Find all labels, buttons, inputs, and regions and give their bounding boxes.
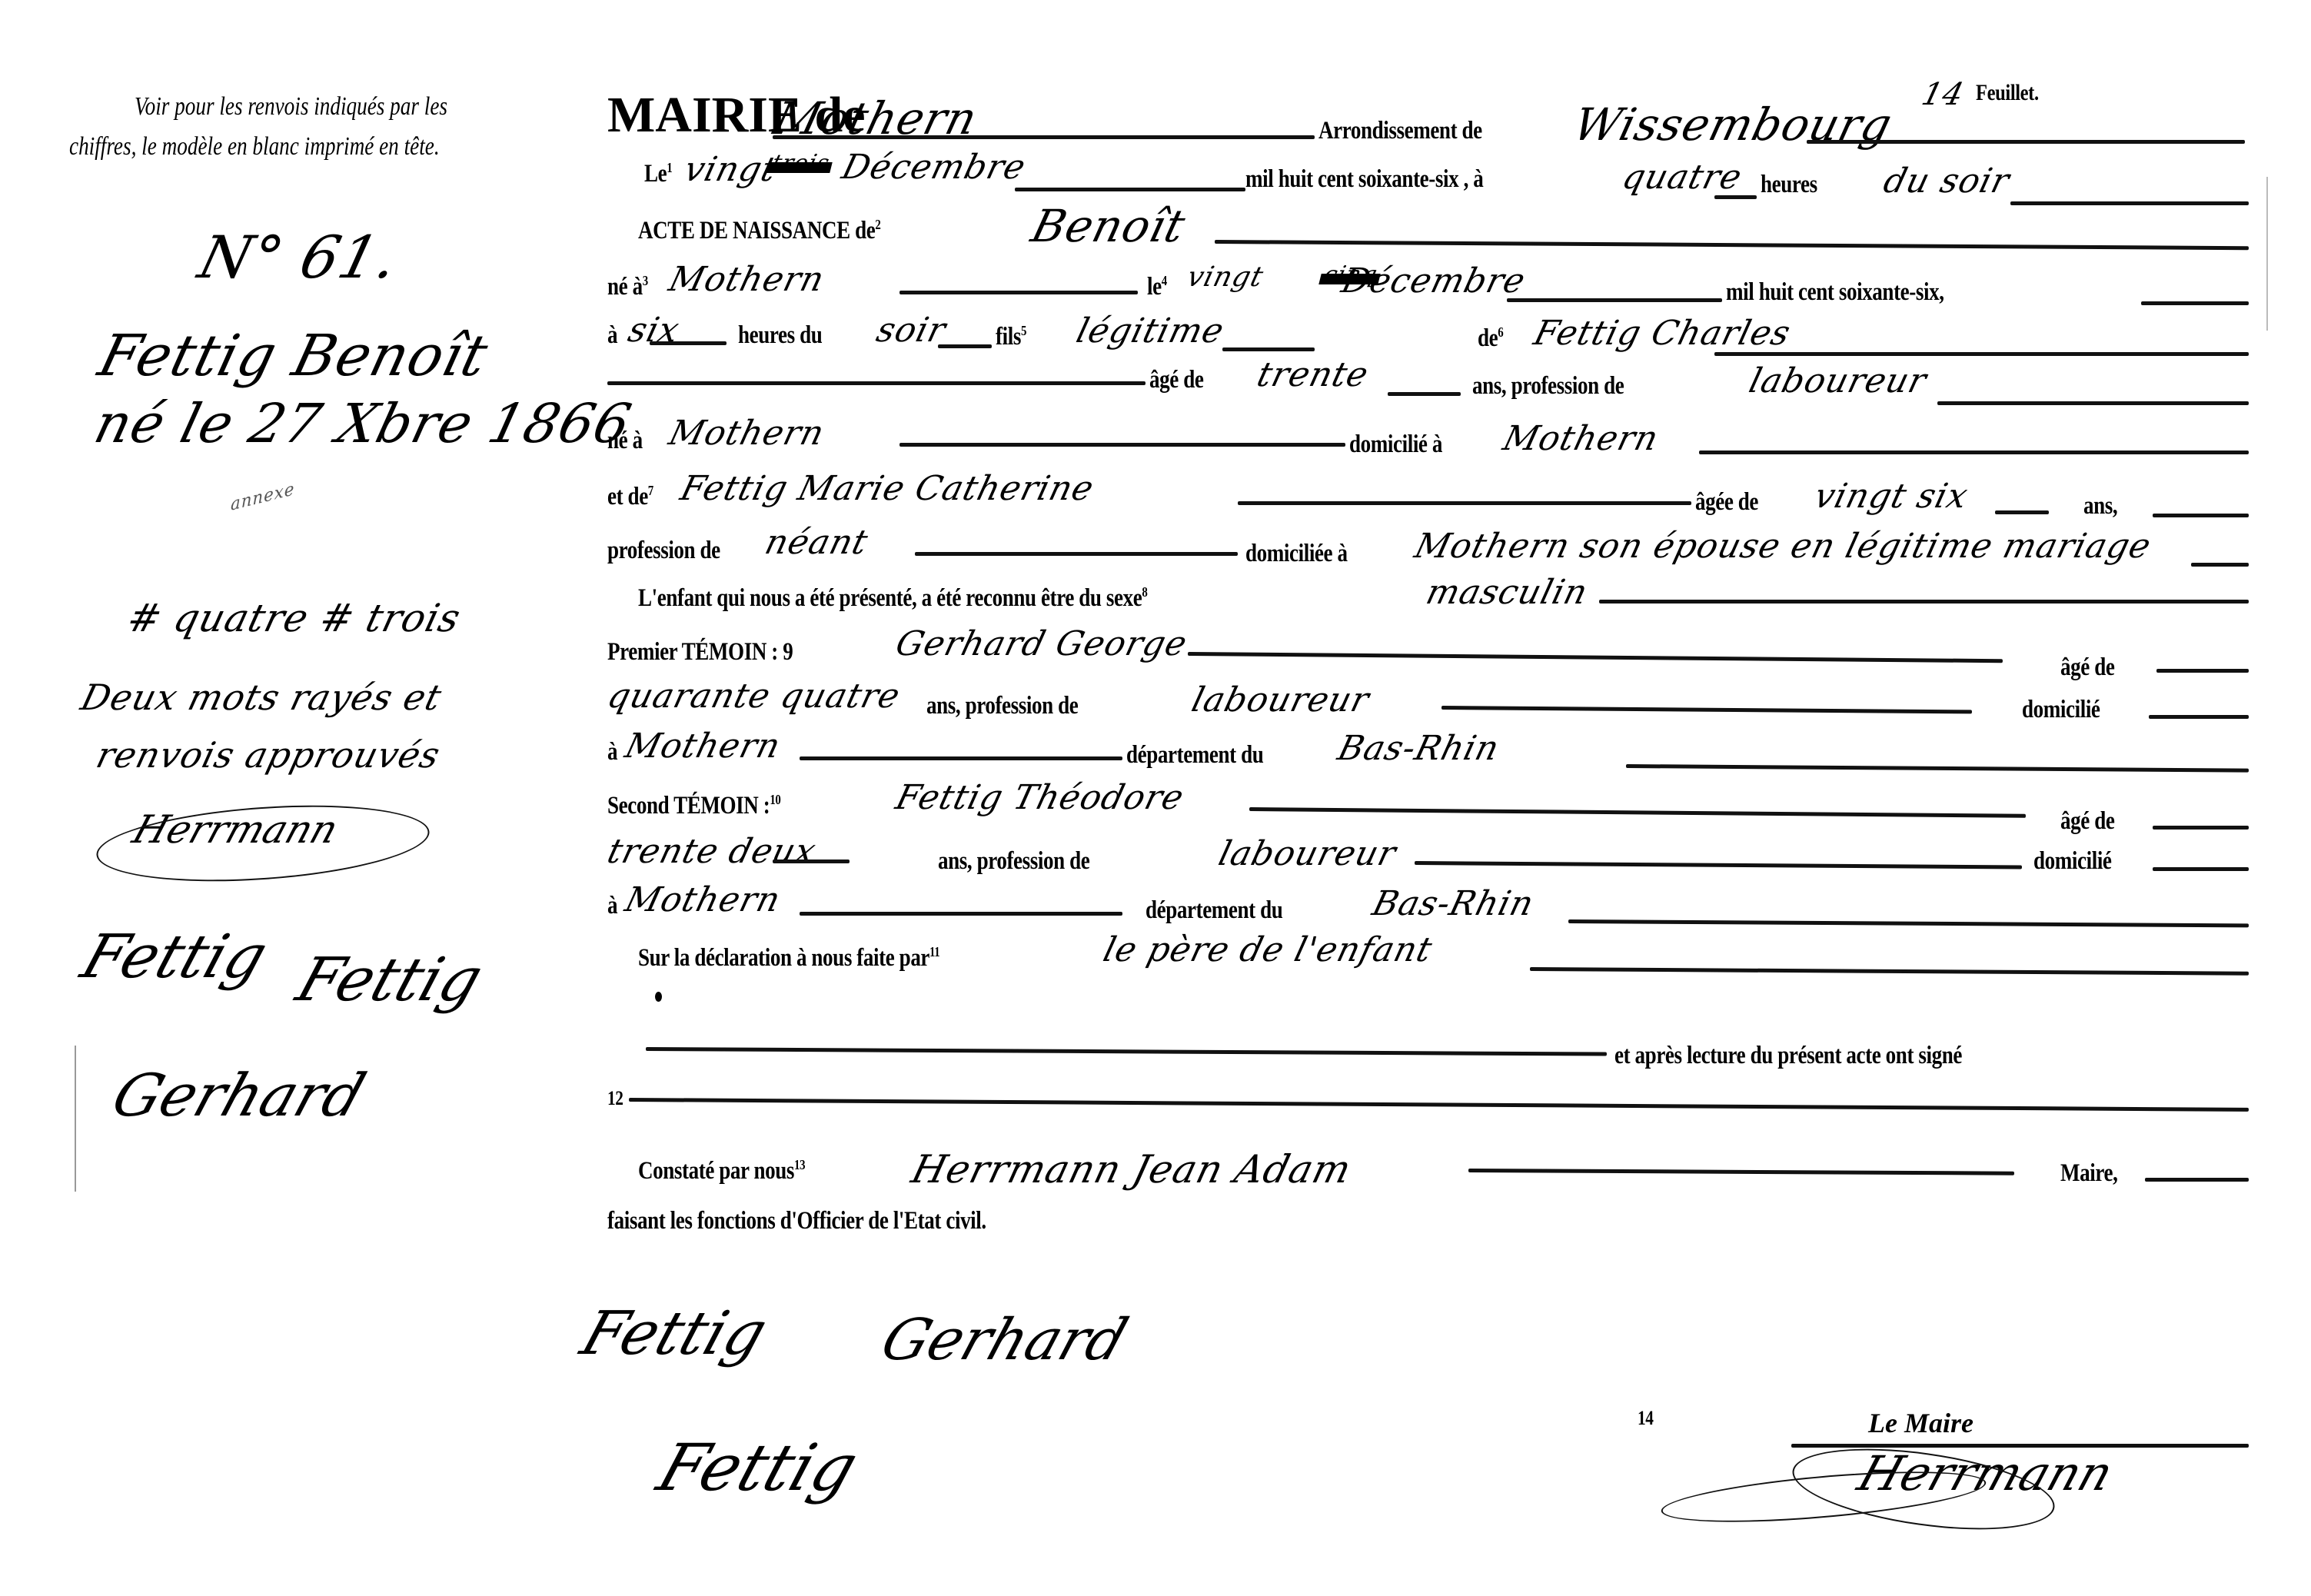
acte-label: ACTE DE NAISSANCE de2 [638, 217, 880, 245]
rule [2153, 514, 2249, 517]
rule [2010, 201, 2249, 205]
witness1-profession: laboureur [1188, 680, 1373, 720]
margin-faint-note: annexe [231, 479, 294, 515]
rule [773, 135, 1315, 139]
rule [1388, 392, 1461, 396]
rule [1188, 652, 2003, 663]
officer-name: Herrmann Jean Adam [907, 1147, 1356, 1192]
date-hour: quatre [1618, 158, 1746, 197]
rule [1249, 807, 2026, 818]
date-year-label: mil huit cent soixante-six , à [1245, 165, 1483, 194]
rule [899, 291, 1138, 294]
fils-label: fils5 [996, 323, 1026, 351]
mother-age: vingt six [1811, 477, 1972, 516]
margin-corrections-line3: renvois approuvés [92, 734, 444, 776]
mother-domicile: Mothern son épouse en légitime mariage [1411, 527, 2155, 566]
rule [2149, 715, 2249, 719]
signature-bottom-1: Fettig [573, 1299, 775, 1368]
child-sex: masculin [1422, 573, 1592, 612]
father-prof-label: ans, profession de [1472, 372, 1624, 401]
born-year-label: mil huit cent soixante-six, [1726, 278, 1944, 307]
margin-signature-3: Gerhard [105, 1061, 374, 1129]
date-month: Décembre [838, 148, 1030, 187]
maire-label: Le Maire [1868, 1407, 1973, 1439]
father-profession: laboureur [1745, 361, 1930, 401]
witness1-place: Mothern [621, 727, 785, 766]
margin-corrections-line2: Deux mots rayés et [77, 677, 446, 718]
witness2-age: trente deux [604, 832, 820, 871]
rule [1468, 1169, 2014, 1175]
rule [899, 443, 1345, 447]
sex-statement: L'enfant qui nous a été présenté, a été … [638, 584, 1147, 613]
margin-fold-line [75, 1046, 76, 1192]
witness2-prof-label: ans, profession de [938, 847, 1089, 876]
father-domicile-label: domicilié à [1349, 431, 1442, 459]
rule [1415, 861, 2022, 869]
arrondissement-label: Arrondissement de [1318, 117, 1482, 145]
date-hours-label: heures [1761, 171, 1817, 199]
rule [1568, 919, 2249, 927]
witness1-dept-label: département du [1126, 741, 1263, 770]
born-day: vingt [1184, 261, 1267, 293]
constate-label: Constaté par nous13 [638, 1157, 805, 1185]
margin-signature-2: Fettig [288, 946, 490, 1015]
rule [1937, 401, 2249, 405]
margin-record-birth: né le 27 Xbre 1866 [88, 392, 638, 455]
date-struck-word: trois [769, 150, 833, 177]
father-birthplace: Mothern [665, 414, 829, 453]
rule [915, 552, 1238, 556]
mother-profession: néant [761, 523, 872, 562]
date-le-label: Le1 [644, 160, 672, 188]
witness1-name: Gerhard George [892, 624, 1192, 663]
mother-ans-label: ans, [2083, 492, 2117, 520]
rule [2156, 669, 2249, 673]
rule [1441, 706, 1972, 713]
legitimacy: légitime [1072, 311, 1229, 351]
father-name: Fettig Charles [1530, 314, 1794, 353]
witness2-domicile-label: domicilié [2033, 847, 2112, 876]
ink-dot [655, 992, 662, 1002]
born-label: né à3 [607, 273, 648, 301]
rule [629, 1098, 2249, 1112]
margin-instructions-line1: Voir pour les renvois indiqués par les [135, 92, 447, 121]
margin-record-name: Fettig Benoît [92, 323, 494, 389]
hour-a-label: à [607, 321, 617, 350]
witness1-age: quarante quatre [604, 677, 904, 716]
footnote-14: 14 [1638, 1407, 1654, 1430]
margin-corrections-line1: # quatre # trois [123, 596, 465, 640]
rule [2191, 563, 2249, 567]
footnote-12: 12 [607, 1087, 623, 1110]
rule [2145, 1178, 2249, 1182]
mother-prof-label: profession de [607, 537, 720, 565]
rule [2153, 867, 2249, 871]
rule [2141, 301, 2249, 305]
rule [1599, 600, 2249, 603]
witness2-name: Fettig Théodore [892, 778, 1188, 817]
witness2-dept-label: département du [1146, 896, 1282, 925]
rule [2153, 826, 2249, 830]
margin-instructions-line2: chiffres, le modèle en blanc imprimé en … [69, 132, 440, 161]
witness2-a-label: à [607, 892, 617, 920]
father-age: trente [1253, 355, 1373, 394]
rule [1699, 451, 2249, 454]
de-label: de6 [1478, 324, 1503, 353]
sheet-number: 14 [1918, 77, 1967, 112]
rule [1015, 188, 1245, 191]
rule [1530, 967, 2249, 976]
rule [607, 381, 1146, 385]
father-age-label: âgé de [1149, 366, 1203, 394]
born-le-label: le4 [1147, 273, 1167, 301]
hour-label: heures du [738, 321, 822, 350]
witness1-age-label: âgé de [2060, 653, 2114, 682]
born-place: Mothern [665, 260, 829, 299]
witness1-prof-label: ans, profession de [926, 692, 1078, 720]
rule [1714, 352, 2249, 356]
rule [800, 756, 1122, 760]
witness2-label: Second TÉMOIN :10 [607, 792, 780, 820]
rule [1215, 240, 2249, 250]
witness2-place: Mothern [621, 880, 785, 919]
rule [938, 344, 992, 348]
mother-name: Fettig Marie Catherine [677, 469, 1098, 508]
rule [1238, 501, 1691, 505]
reading-statement: et après lecture du présent acte ont sig… [1614, 1042, 1962, 1070]
right-margin-mark [2266, 177, 2268, 331]
officer-role: Maire, [2060, 1159, 2117, 1188]
signature-bottom-2: Gerhard [873, 1307, 1136, 1373]
officer-function: faisant les fonctions d'Officier de l'Et… [607, 1207, 986, 1235]
declarant: le père de l'enfant [1099, 930, 1436, 969]
rule [646, 1047, 1607, 1056]
mother-age-label: âgée de [1695, 488, 1758, 517]
acte-child-name: Benoît [1026, 200, 1191, 252]
witness2-dept: Bas-Rhin [1368, 884, 1538, 923]
father-born-label: né à [607, 427, 643, 455]
rule [1222, 347, 1315, 351]
date-day: vingt [680, 150, 781, 189]
rule [1626, 764, 2249, 773]
margin-record-number: N° 61. [192, 223, 406, 291]
rule [800, 912, 1122, 916]
rule [1995, 510, 2049, 514]
witness1-dept: Bas-Rhin [1334, 729, 1504, 768]
rule [1507, 298, 1722, 302]
mother-domicile-label: domiciliée à [1245, 540, 1348, 568]
date-period: du soir [1880, 161, 2013, 201]
rule [1807, 140, 2245, 144]
rule [1714, 195, 1757, 199]
rule [773, 860, 850, 863]
witness2-profession: laboureur [1215, 834, 1400, 873]
margin-signature-1: Fettig [73, 923, 275, 992]
witness1-domicile-label: domicilié [2022, 696, 2100, 724]
father-domicile: Mothern [1499, 419, 1663, 458]
witness1-label: Premier TÉMOIN : 9 [607, 638, 793, 667]
declaration-label: Sur la déclaration à nous faite par11 [638, 944, 939, 973]
sheet-label: Feuillet. [1976, 80, 2039, 106]
mother-label: et de7 [607, 483, 653, 511]
rule [650, 341, 727, 345]
witness1-a-label: à [607, 738, 617, 766]
signature-bottom-3: Fettig [649, 1430, 866, 1505]
witness2-age-label: âgé de [2060, 807, 2114, 836]
born-month: Décembre [1338, 261, 1530, 301]
